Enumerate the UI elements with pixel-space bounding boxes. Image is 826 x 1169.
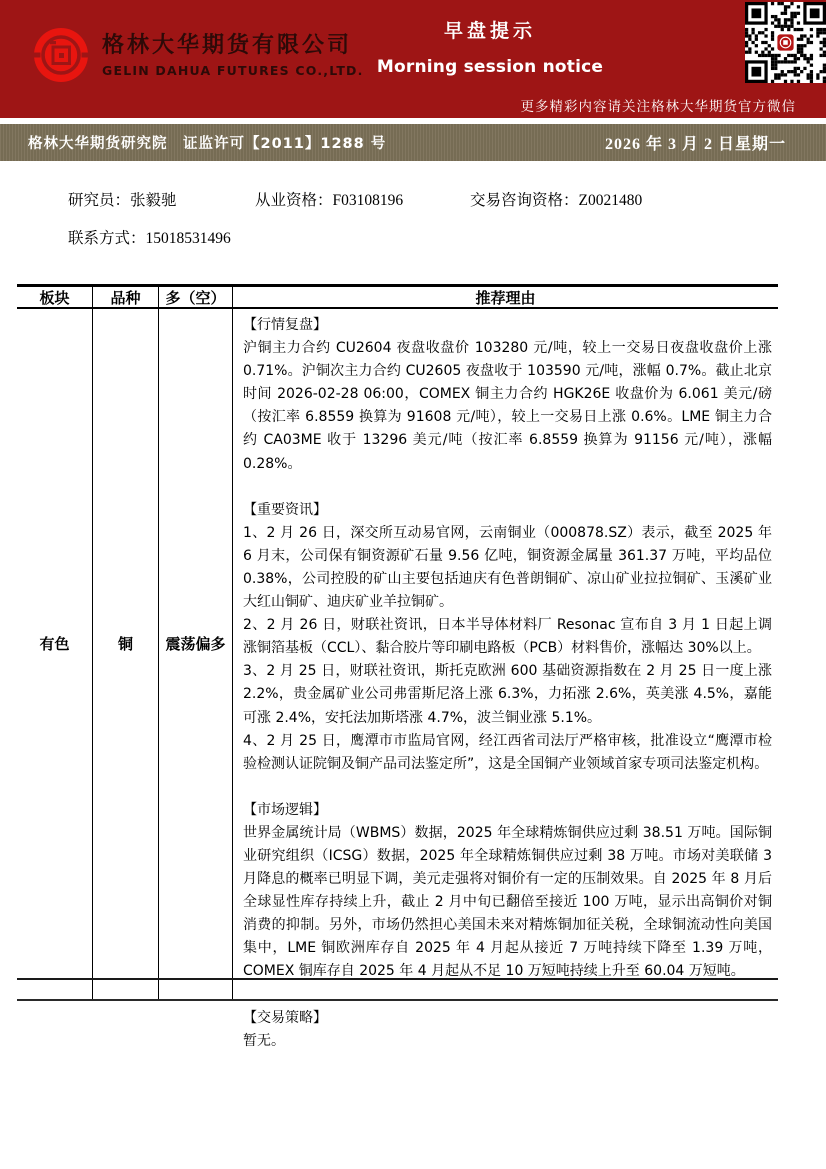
empty-cell-sector	[17, 980, 93, 999]
researcher-contact-line: 联系方式：15018531496	[68, 226, 231, 248]
cell-variety: 铜	[93, 309, 159, 978]
table-empty-row	[17, 980, 778, 1001]
cell-sector: 有色	[17, 309, 93, 978]
col-header-stance: 多（空）	[159, 287, 233, 308]
section-paragraph: 暂无。	[243, 1030, 772, 1053]
section-title: 【重要资讯】	[243, 499, 772, 522]
researcher-name: 研究员：张毅驰	[68, 188, 255, 210]
company-name-cn: 格林大华期货有限公司	[102, 28, 364, 59]
researcher-info-line: 研究员：张毅驰从业资格：F03108196交易咨询资格：Z0021480	[68, 188, 642, 210]
report-title-en: Morning session notice	[377, 57, 603, 77]
morning-notice-page: 格林大华期货有限公司 GELIN DAHUA FUTURES CO.,LTD. …	[0, 0, 826, 1169]
section-title: 【交易策略】	[243, 1007, 772, 1030]
section-paragraph: 世界金属统计局（WBMS）数据，2025 年全球精炼铜供应过剩 38.51 万吨…	[243, 822, 772, 984]
section-paragraph: 4、2 月 25 日，鹰潭市市监局官网，经江西省司法厅严格审核，批准设立“鹰潭市…	[243, 730, 772, 776]
reason-section: 【重要资讯】1、2 月 26 日，深交所互动易官网，云南铜业（000878.SZ…	[243, 499, 772, 776]
company-name-en: GELIN DAHUA FUTURES CO.,LTD.	[102, 63, 364, 78]
report-title-block: 早盘提示 Morning session notice	[377, 16, 603, 77]
cell-stance: 震荡偏多	[159, 309, 233, 978]
recommendation-table: 板块 品种 多（空） 推荐理由 有色 铜 震荡偏多 【行情复盘】沪铜主力合约 C…	[17, 284, 778, 1001]
table-row: 有色 铜 震荡偏多 【行情复盘】沪铜主力合约 CU2604 夜盘收盘价 1032…	[17, 309, 778, 980]
reason-section: 【市场逻辑】世界金属统计局（WBMS）数据，2025 年全球精炼铜供应过剩 38…	[243, 799, 772, 984]
license-bar: 格林大华期货研究院 证监许可【2011】1288 号 2026 年 3 月 2 …	[0, 124, 826, 161]
header-banner: 格林大华期货有限公司 GELIN DAHUA FUTURES CO.,LTD. …	[0, 0, 826, 118]
researcher-advisory: 交易咨询资格：Z0021480	[470, 188, 642, 210]
reason-section: 【交易策略】暂无。	[243, 1007, 772, 1053]
wechat-note: 更多精彩内容请关注格林大华期货官方微信	[521, 95, 797, 115]
reason-sections: 【行情复盘】沪铜主力合约 CU2604 夜盘收盘价 103280 元/吨，较上一…	[243, 314, 772, 1053]
col-header-reason: 推荐理由	[233, 287, 778, 308]
cell-reason: 【行情复盘】沪铜主力合约 CU2604 夜盘收盘价 103280 元/吨，较上一…	[233, 309, 778, 978]
section-title: 【市场逻辑】	[243, 799, 772, 822]
report-title-cn: 早盘提示	[377, 16, 603, 43]
wechat-qr-code	[745, 2, 826, 83]
col-header-sector: 板块	[17, 287, 93, 308]
section-paragraph: 3、2 月 25 日，财联社资讯，斯托克欧洲 600 基础资源指数在 2 月 2…	[243, 660, 772, 729]
empty-cell-stance	[159, 980, 233, 999]
empty-cell-reason	[233, 980, 778, 999]
section-title: 【行情复盘】	[243, 314, 772, 337]
company-logo-icon	[33, 27, 89, 83]
researcher-cert: 从业资格：F03108196	[255, 188, 470, 210]
company-name-block: 格林大华期货有限公司 GELIN DAHUA FUTURES CO.,LTD.	[102, 28, 364, 78]
col-header-variety: 品种	[93, 287, 159, 308]
section-paragraph: 1、2 月 26 日，深交所互动易官网，云南铜业（000878.SZ）表示，截至…	[243, 522, 772, 614]
report-date: 2026 年 3 月 2 日星期一	[605, 131, 786, 154]
reason-section: 【行情复盘】沪铜主力合约 CU2604 夜盘收盘价 103280 元/吨，较上一…	[243, 314, 772, 476]
research-institute-license: 格林大华期货研究院 证监许可【2011】1288 号	[28, 132, 386, 153]
empty-cell-variety	[93, 980, 159, 999]
table-header-row: 板块 品种 多（空） 推荐理由	[17, 287, 778, 309]
researcher-contact: 联系方式：15018531496	[68, 226, 231, 248]
section-paragraph: 2、2 月 26 日，财联社资讯，日本半导体材料厂 Resonac 宣布自 3 …	[243, 614, 772, 660]
section-paragraph: 沪铜主力合约 CU2604 夜盘收盘价 103280 元/吨，较上一交易日夜盘收…	[243, 337, 772, 476]
